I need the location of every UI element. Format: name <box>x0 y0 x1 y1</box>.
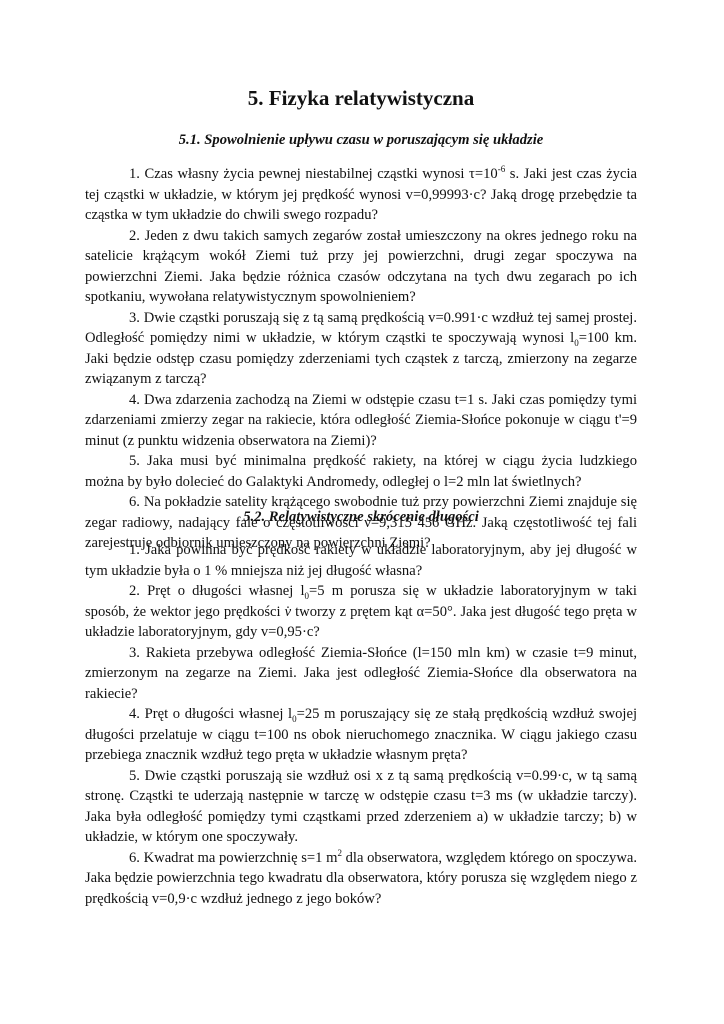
problem-5-2-1: 1. Jaka powinna być prędkość rakiety w u… <box>85 540 637 581</box>
problem-number: 5. <box>129 768 140 784</box>
problem-5-1-2: 2. Jeden z dwu takich samych zegarów zos… <box>85 226 637 308</box>
problem-text: Dwie cząstki poruszają się z tą samą prę… <box>85 310 637 347</box>
chapter-title: 5. Fizyka relatywistyczna <box>85 85 637 111</box>
problem-text: Pręt o długości własnej l <box>147 583 304 599</box>
problem-text: Dwie cząstki poruszają sie wzdłuż osi x … <box>85 768 637 846</box>
section-title-5-1: 5.1. Spowolnienie upływu czasu w porusza… <box>85 130 637 150</box>
section-title-5-2: 5.2. Relatywistyczne skrócenie długości <box>85 507 637 527</box>
problem-number: 3. <box>129 645 140 661</box>
problem-number: 5. <box>129 453 140 469</box>
problem-5-1-5: 5. Jaka musi być minimalna prędkość raki… <box>85 451 637 492</box>
problem-number: 2. <box>129 228 140 244</box>
problem-number: 6. <box>129 850 140 866</box>
problem-5-2-6: 6. Kwadrat ma powierzchnię s=1 m2 dla ob… <box>85 848 637 910</box>
problem-5-2-5: 5. Dwie cząstki poruszają sie wzdłuż osi… <box>85 766 637 848</box>
problem-text: Rakieta przebywa odległość Ziemia-Słońce… <box>85 645 637 702</box>
problem-5-2-4: 4. Pręt o długości własnej l0=25 m porus… <box>85 704 637 766</box>
problem-text: Jaka musi być minimalna prędkość rakiety… <box>85 453 637 490</box>
problem-number: 2. <box>129 583 140 599</box>
problem-5-1-1: 1. Czas własny życia pewnej niestabilnej… <box>85 164 637 226</box>
problem-number: 1. <box>129 166 140 182</box>
problem-number: 4. <box>129 706 140 722</box>
problem-text: Jaka powinna być prędkość rakiety w ukła… <box>85 542 637 579</box>
problem-5-1-3: 3. Dwie cząstki poruszają się z tą samą … <box>85 308 637 390</box>
problem-number: 3. <box>129 310 140 326</box>
problem-text: Pręt o długości własnej l <box>145 706 292 722</box>
problem-text: Czas własny życia pewnej niestabilnej cz… <box>145 166 498 182</box>
section-5-1-problems: 1. Czas własny życia pewnej niestabilnej… <box>85 164 637 554</box>
problem-5-1-4: 4. Dwa zdarzenia zachodzą na Ziemi w ods… <box>85 390 637 452</box>
problem-text: Jeden z dwu takich samych zegarów został… <box>85 228 637 306</box>
problem-text: Dwa zdarzenia zachodzą na Ziemi w odstęp… <box>85 392 637 449</box>
problem-5-2-3: 3. Rakieta przebywa odległość Ziemia-Sło… <box>85 643 637 705</box>
section-5-2-problems: 1. Jaka powinna być prędkość rakiety w u… <box>85 540 637 909</box>
problem-5-2-2: 2. Pręt o długości własnej l0=5 m porusz… <box>85 581 637 643</box>
problem-number: 1. <box>129 542 140 558</box>
problem-number: 4. <box>129 392 140 408</box>
problem-text: Kwadrat ma powierzchnię s=1 m <box>144 850 338 866</box>
